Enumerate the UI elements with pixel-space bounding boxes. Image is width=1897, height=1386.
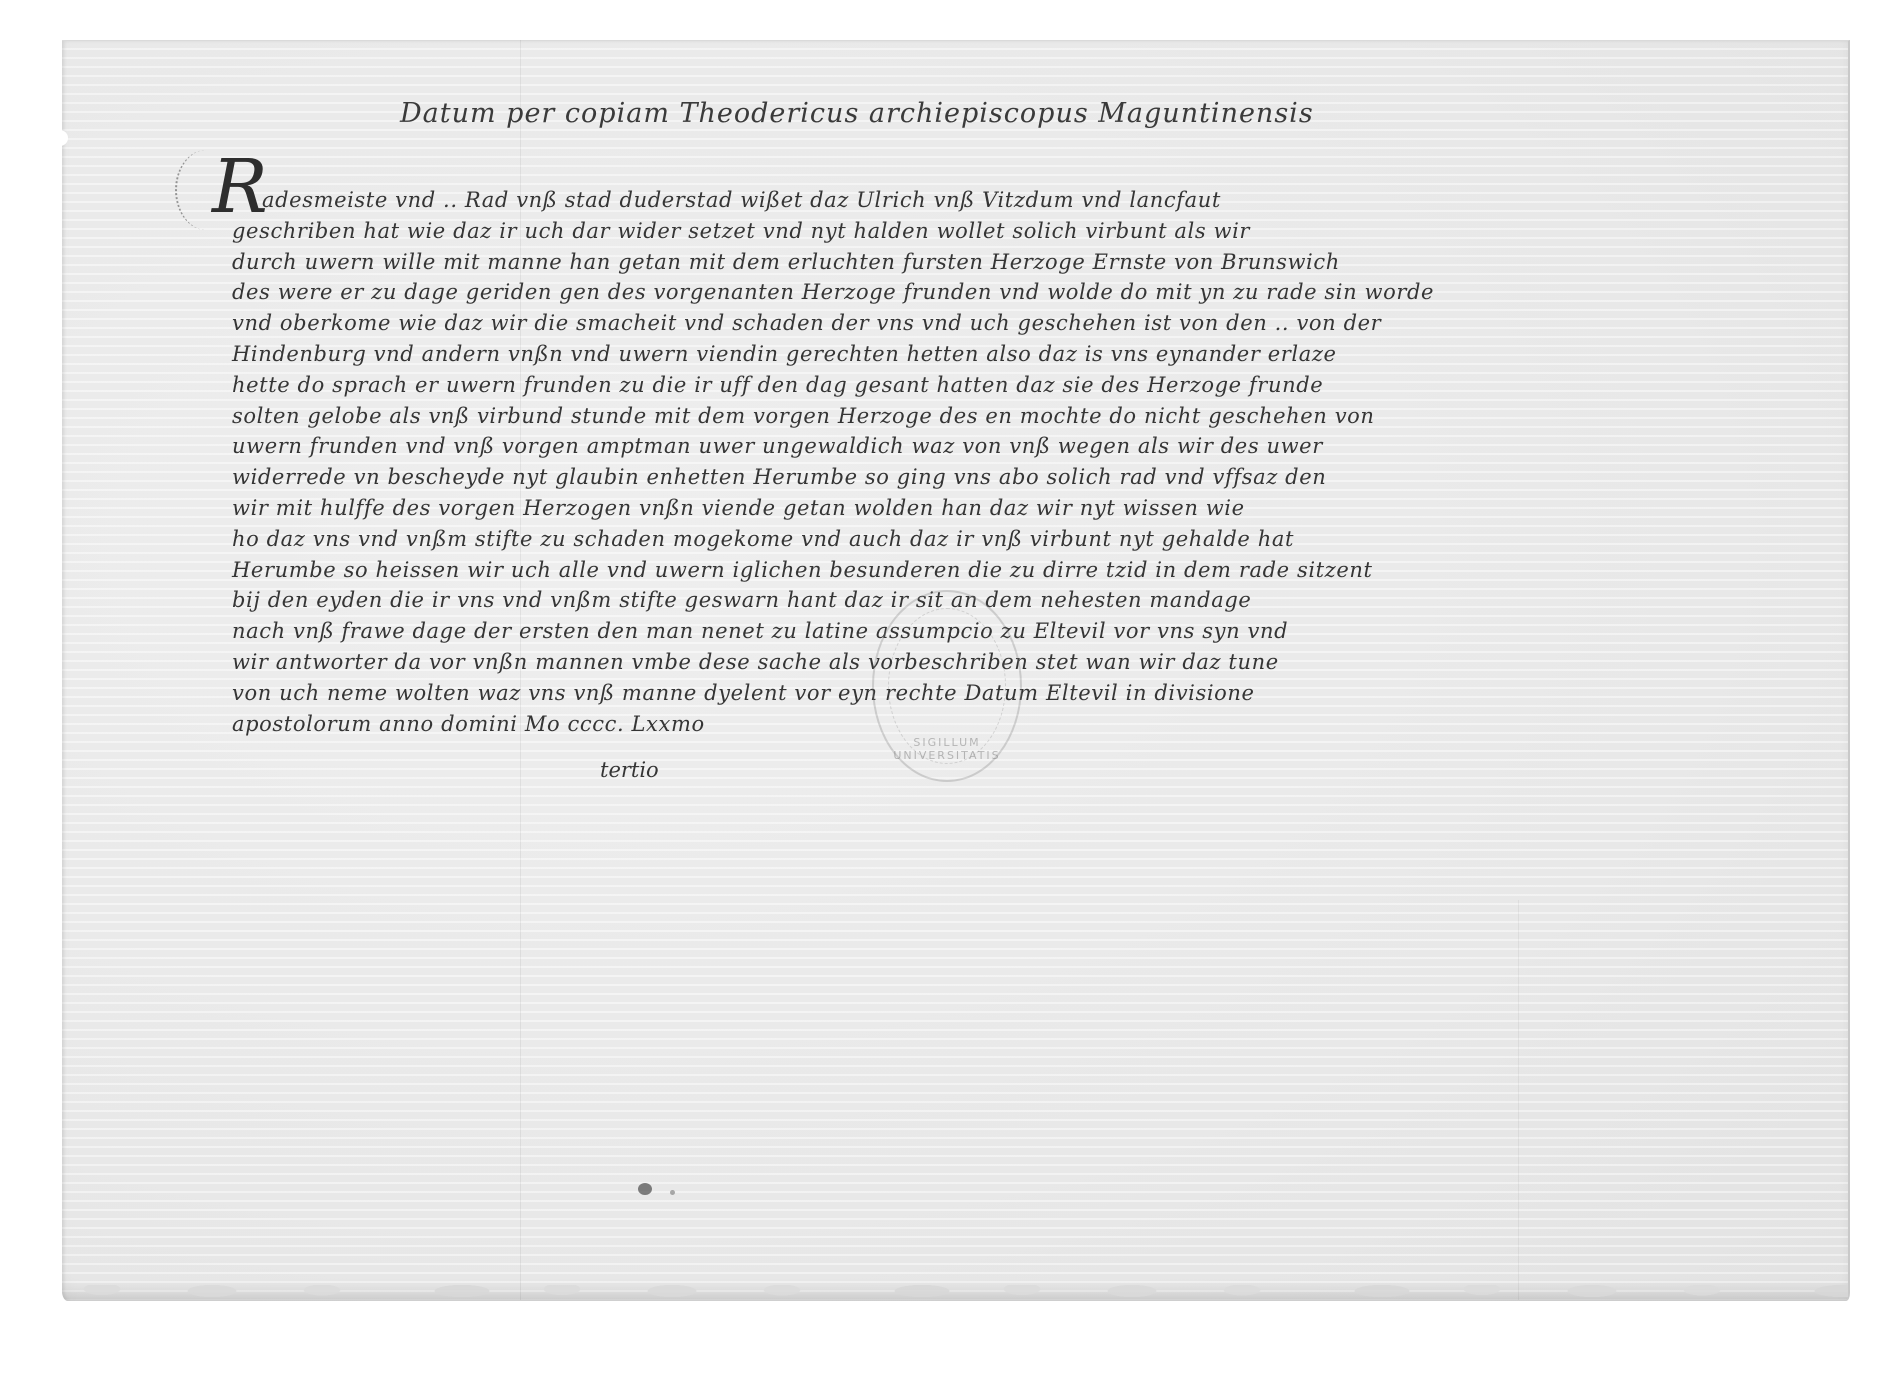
text-line: durch uwern wille mit manne han getan mi… [232, 247, 1672, 278]
text-line: uwern frunden vnd vnß vorgen amptman uwe… [232, 431, 1672, 462]
text-line: geschriben hat wie daz ir uch dar wider … [232, 216, 1672, 247]
document-heading: Datum per copiam Theodericus archiepisco… [400, 98, 1314, 129]
text-line: widerrede vn bescheyde nyt glaubin enhet… [232, 462, 1672, 493]
text-line: Herumbe so heissen wir uch alle vnd uwer… [232, 555, 1672, 586]
text-line: des were er zu dage geriden gen des vorg… [232, 277, 1672, 308]
text-line: solten gelobe als vnß virbund stunde mit… [232, 401, 1672, 432]
text-line: vnd oberkome wie daz wir die smacheit vn… [232, 308, 1672, 339]
ink-blot [638, 1183, 652, 1195]
closing-word: tertio [600, 758, 659, 782]
ink-speck [670, 1190, 675, 1195]
fold-line-lower-right [1518, 900, 1519, 1300]
decorated-initial: R [212, 150, 268, 224]
text-line: wir mit hulffe des vorgen Herzogen vnßn … [232, 493, 1672, 524]
library-stamp-icon: SIGILLUM UNIVERSITATIS [872, 590, 1022, 782]
text-line: Hindenburg vnd andern vnßn vnd uwern vie… [232, 339, 1672, 370]
text-line: ho daz vns vnd vnßm stifte zu schaden mo… [232, 524, 1672, 555]
torn-bottom-edge [62, 1285, 1848, 1307]
stamp-text: SIGILLUM UNIVERSITATIS [874, 736, 1020, 762]
text-line: adesmeiste vnd .. Rad vnß stad duderstad… [262, 185, 1672, 216]
text-line: hette do sprach er uwern frunden zu die … [232, 370, 1672, 401]
